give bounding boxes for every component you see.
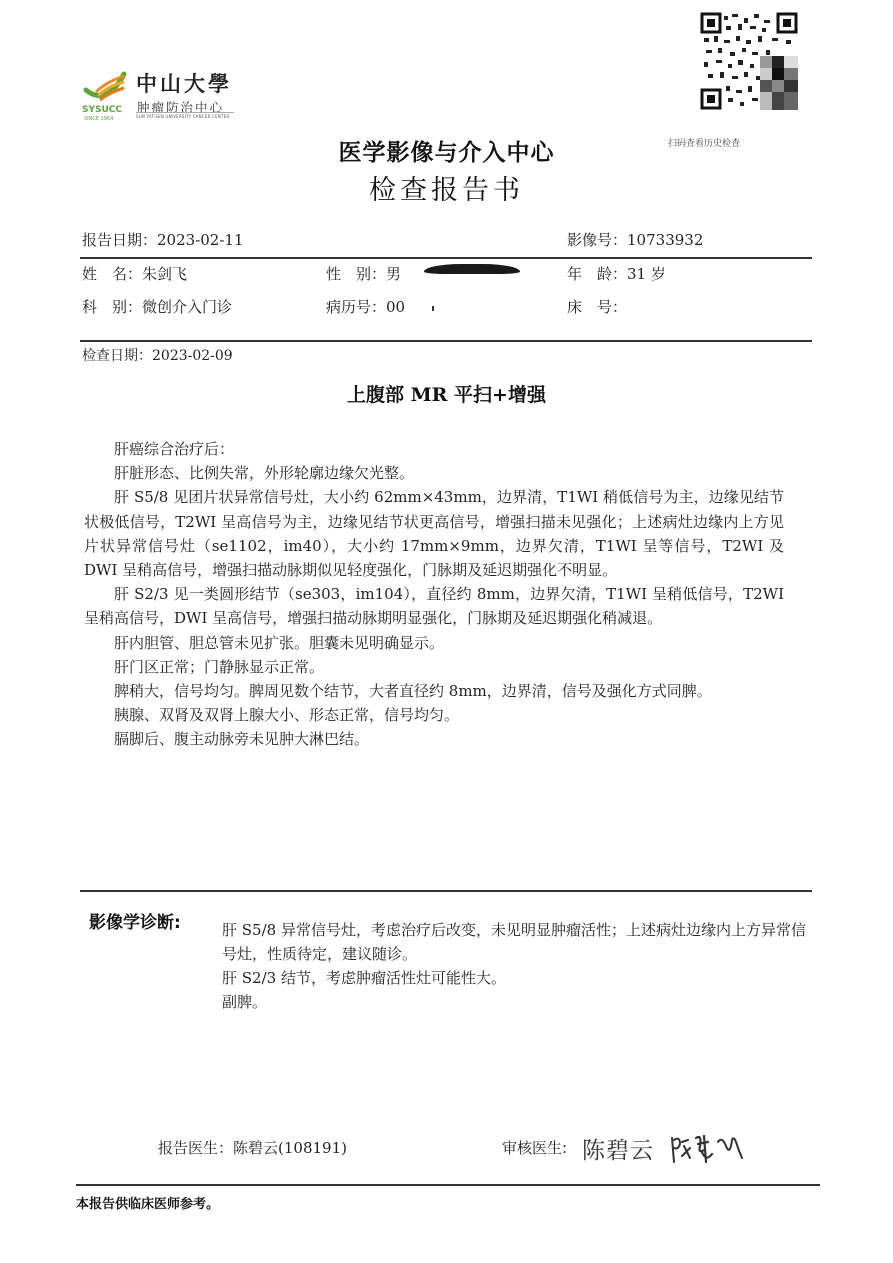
diagnosis-label: 影像学诊断: xyxy=(89,908,181,933)
age-field: 年 龄：31 岁 xyxy=(567,263,666,284)
image-no-field: 影像号：10733932 xyxy=(567,229,703,250)
redaction-mark-small xyxy=(432,306,434,311)
report-doctor-value: 陈碧云(108191) xyxy=(233,1139,347,1157)
logo-university-name: 中山大學 xyxy=(136,68,232,98)
redaction-mark xyxy=(424,264,520,274)
sysucc-logo-icon: SYSUCC SINCE 1964 xyxy=(80,70,128,122)
finding-paragraph: 肝内胆管、胆总管未见扩张。胆囊未见明确显示。 xyxy=(84,631,784,655)
age-value: 31 岁 xyxy=(627,265,666,283)
record-no-field: 病历号：00 xyxy=(326,296,405,317)
sex-label: 性 别： xyxy=(326,265,386,283)
image-no-value: 10733932 xyxy=(627,231,703,249)
qr-code-icon[interactable] xyxy=(700,12,798,110)
footer-note: 本报告供临床医师参考。 xyxy=(76,1193,219,1212)
finding-paragraph: 肝脏形态、比例失常，外形轮廓边缘欠光整。 xyxy=(84,461,784,485)
report-date-label: 报告日期： xyxy=(82,231,157,249)
report-date-field: 报告日期：2023-02-11 xyxy=(82,229,244,250)
department-field: 科 别：微创介入门诊 xyxy=(82,296,232,317)
handwritten-signature-icon xyxy=(668,1128,748,1168)
diagnosis-divider xyxy=(80,890,812,892)
logo-since: SINCE 1964 xyxy=(84,116,113,122)
department-title: 医学影像与介入中心 xyxy=(0,134,893,167)
diagnosis-item: 肝 S5/8 异常信号灶，考虑治疗后改变，未见明显肿瘤活性；上述病灶边缘内上方异… xyxy=(222,918,814,966)
exam-date-field: 检查日期：2023-02-09 xyxy=(82,345,233,365)
finding-paragraph: 膈脚后、腹主动脉旁未见肿大淋巴结。 xyxy=(84,727,784,751)
diagnosis-item: 肝 S2/3 结节，考虑肿瘤活性灶可能性大。 xyxy=(222,966,814,990)
age-label: 年 龄： xyxy=(567,265,627,283)
bed-no-label: 床 号： xyxy=(567,298,627,316)
logo-english-name: SUN YAT-SEN UNIVERSITY CANCER CENTER xyxy=(136,114,229,119)
finding-paragraph: 肝门区正常；门静脉显示正常。 xyxy=(84,655,784,679)
review-doctor-label: 审核医生: xyxy=(502,1137,567,1158)
report-doctor-field: 报告医生：陈碧云(108191) xyxy=(158,1137,347,1158)
sex-value: 男 xyxy=(386,265,401,283)
bed-no-field: 床 号： xyxy=(567,296,627,317)
patient-name-field: 姓 名：朱剑飞 xyxy=(82,263,187,284)
sex-field: 性 别：男 xyxy=(326,263,401,284)
footer-divider xyxy=(76,1184,820,1186)
finding-paragraph: 胰腺、双肾及双肾上腺大小、形态正常，信号均匀。 xyxy=(84,703,784,727)
document-title: 检查报告书 xyxy=(0,168,893,207)
report-doctor-label: 报告医生： xyxy=(158,1139,233,1157)
review-doctor-name: 陈碧云 xyxy=(582,1132,654,1165)
diagnosis-body: 肝 S5/8 异常信号灶，考虑治疗后改变，未见明显肿瘤活性；上述病灶边缘内上方异… xyxy=(222,918,814,1014)
department-label: 科 别： xyxy=(82,298,142,316)
header-divider-top xyxy=(80,257,812,259)
logo-divider xyxy=(136,112,234,113)
finding-paragraph: 肝癌综合治疗后： xyxy=(84,437,784,461)
exam-title: 上腹部 MR 平扫+增强 xyxy=(0,380,893,407)
report-date-value: 2023-02-11 xyxy=(157,231,243,249)
diagnosis-item: 副脾。 xyxy=(222,990,814,1014)
finding-paragraph: 肝 S5/8 见团片状异常信号灶，大小约 62mm×43mm，边界清，T1WI … xyxy=(84,485,784,582)
findings-section: 肝癌综合治疗后： 肝脏形态、比例失常，外形轮廓边缘欠光整。 肝 S5/8 见团片… xyxy=(84,437,784,752)
patient-name-label: 姓 名： xyxy=(82,265,142,283)
header-divider-bottom xyxy=(80,340,812,342)
record-no-label: 病历号： xyxy=(326,298,386,316)
exam-date-label: 检查日期： xyxy=(82,348,152,364)
finding-paragraph: 脾稍大，信号均匀。脾周见数个结节，大者直径约 8mm，边界清，信号及强化方式同脾… xyxy=(84,679,784,703)
logo-abbr: SYSUCC xyxy=(82,105,122,115)
finding-paragraph: 肝 S2/3 见一类圆形结节（se303，im104），直径约 8mm，边界欠清… xyxy=(84,582,784,630)
image-no-label: 影像号： xyxy=(567,231,627,249)
record-no-value: 00 xyxy=(386,298,405,316)
department-value: 微创介入门诊 xyxy=(142,298,232,316)
patient-name-value: 朱剑飞 xyxy=(142,265,187,283)
exam-date-value: 2023-02-09 xyxy=(152,348,233,364)
